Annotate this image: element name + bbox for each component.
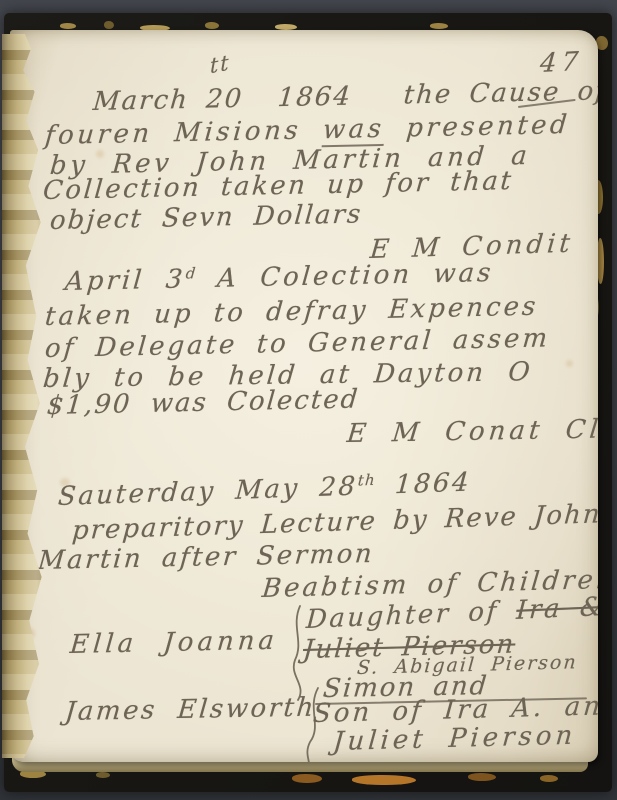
page-number: 47 — [539, 48, 585, 80]
line-text: presented — [383, 110, 571, 144]
april-entry-line5: $1,90 was Colected — [46, 385, 361, 421]
foxing-stain — [566, 360, 573, 367]
child2-name: James Elsworth — [64, 694, 317, 728]
cover-wear-speck — [597, 238, 604, 284]
signature-text: E M Conat Clk — [346, 414, 598, 449]
line-text: A Colection was — [195, 258, 495, 294]
line-text: Juliet Pierson — [332, 721, 578, 757]
insertion-mark-text: tt — [210, 50, 231, 78]
line-text: 1864 — [374, 468, 472, 501]
cover-wear-speck — [540, 775, 558, 782]
child2-relation-line2: Juliet Pierson — [332, 722, 578, 758]
march-entry-line5: object Sevn Dollars — [49, 200, 364, 236]
cover-wear-speck — [292, 774, 322, 783]
cover-wear-speck — [430, 23, 448, 29]
april-entry-signature: E M Conat Clk — [345, 415, 598, 450]
line-text: Sauterday May 28 — [57, 471, 359, 512]
april-entry-line1: April 3d A Colection was — [64, 259, 495, 298]
line-text: $1,90 was Colected — [46, 384, 361, 421]
superscript-text: th — [357, 471, 376, 490]
struck-text: Ira & — [515, 592, 598, 626]
cover-wear-speck — [104, 21, 114, 29]
manuscript-page: 47 tt March 20 1864 the Cause of fouren … — [10, 30, 598, 762]
superscript-insertion-mark: tt — [210, 50, 231, 78]
line-text: Martin after Sermon — [37, 539, 376, 576]
page-number-text: 47 — [539, 47, 585, 79]
photographed-record-book: 47 tt March 20 1864 the Cause of fouren … — [0, 0, 617, 800]
cover-wear-speck — [468, 773, 496, 781]
line-text: object Sevn Dollars — [49, 199, 364, 236]
child1-name: Ella Joanna — [69, 627, 279, 661]
underlined-word: was — [322, 114, 386, 147]
child1-bracket — [294, 606, 301, 700]
cover-wear-speck — [96, 772, 110, 778]
line-text: April 3 — [64, 264, 187, 297]
cover-wear-speck — [352, 775, 416, 785]
name-text: Ella Joanna — [69, 626, 279, 660]
name-text: James Elsworth — [64, 693, 317, 727]
cover-wear-speck — [205, 22, 219, 29]
cover-wear-speck — [60, 23, 76, 29]
